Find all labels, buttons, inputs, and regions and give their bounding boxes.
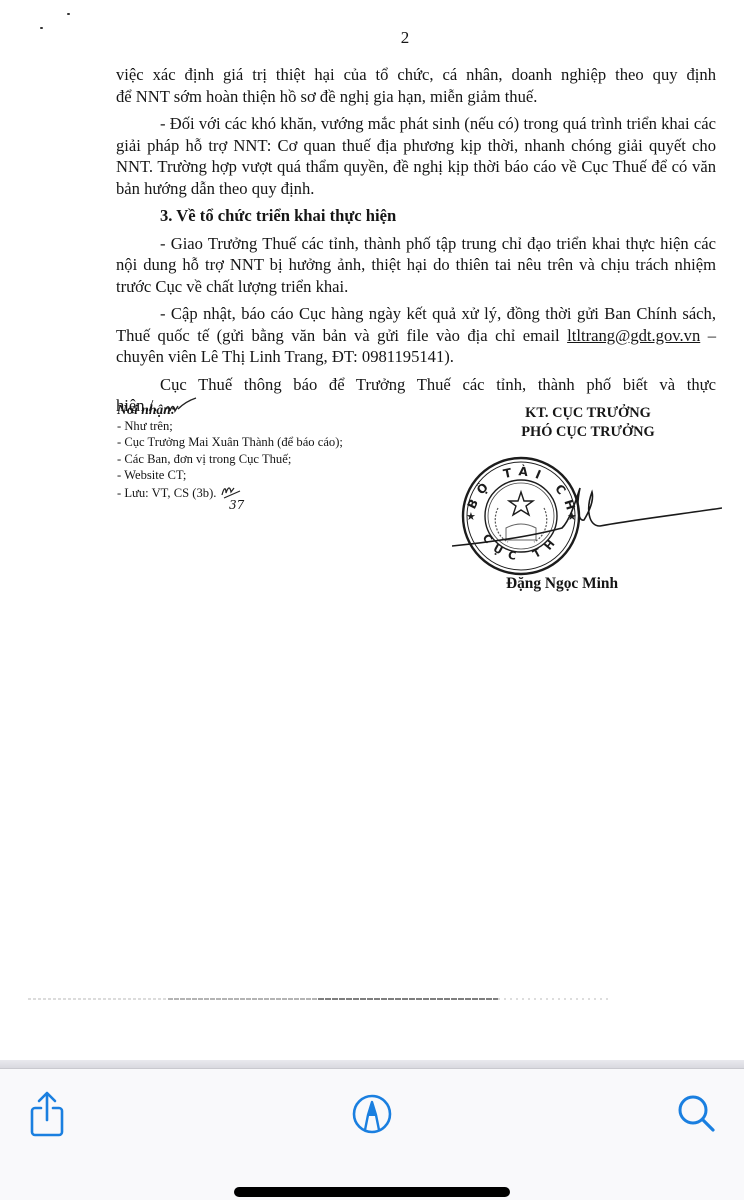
toolbar-divider [0, 1060, 744, 1069]
recipient-item: - Cục Trưởng Mai Xuân Thành (để báo cáo)… [117, 434, 343, 450]
recipient-item: - Như trên; [117, 418, 343, 434]
pdf-page: 2 việc xác định giá trị thiệt hại của tổ… [0, 0, 744, 1068]
home-indicator[interactable] [234, 1187, 510, 1197]
svg-text:★: ★ [466, 511, 476, 523]
bottom-toolbar [0, 1069, 744, 1200]
document-body: việc xác định giá trị thiệt hại của tổ c… [116, 64, 716, 417]
markup-button[interactable] [347, 1089, 397, 1139]
signature-title-2: PHÓ CỤC TRƯỞNG [440, 423, 720, 442]
paragraph-closing: Cục Thuế thông báo để Trưởng Thuế các tỉ… [116, 374, 716, 396]
email-link[interactable]: ltltrang@gdt.gov.vn [567, 326, 700, 345]
recipients-list: - Như trên; - Cục Trưởng Mai Xuân Thành … [117, 418, 343, 501]
recipient-item: - Website CT; [117, 467, 343, 483]
recipients-block: Nơi nhận: - Như trên; - Cục Trưởng Mai X… [117, 402, 343, 501]
recipient-archive-text: - Lưu: VT, CS (3b). [117, 486, 216, 500]
paragraph-line: việc xác định giá trị thiệt hại của tổ c… [116, 64, 716, 86]
scan-artifact-line [28, 996, 608, 1002]
page-number: 2 [0, 28, 744, 48]
search-button[interactable] [672, 1089, 722, 1139]
recipient-item: - Các Ban, đơn vị trong Cục Thuế; [117, 451, 343, 467]
section-heading: 3. Về tổ chức triển khai thực hiện [116, 205, 716, 227]
scan-speck [67, 13, 70, 15]
paragraph-line: để NNT sớm hoàn thiện hồ sơ đề nghị gia … [116, 86, 716, 108]
paragraph-reporting: - Cập nhật, báo cáo Cục hàng ngày kết qu… [116, 303, 716, 368]
signature-title-1: KT. CỤC TRƯỞNG [440, 404, 720, 423]
official-seal-icon: BỘ TÀI CHÍNH CỤC THUẾ ★ ★ [452, 450, 722, 580]
paragraph-assignment: - Giao Trưởng Thuế các tỉnh, thành phố t… [116, 233, 716, 298]
share-button[interactable] [22, 1089, 72, 1139]
share-icon [27, 1090, 67, 1138]
handwritten-number: 37 [229, 497, 244, 513]
markup-pen-icon [351, 1093, 393, 1135]
signature-block: KT. CỤC TRƯỞNG PHÓ CỤC TRƯỞNG BỘ TÀI CHÍ… [440, 404, 720, 442]
signer-name: Đặng Ngọc Minh [506, 575, 618, 593]
paragraph-difficulties: - Đối với các khó khăn, vướng mắc phát s… [116, 113, 716, 199]
search-icon [675, 1092, 719, 1136]
recipients-title: Nơi nhận: [117, 402, 343, 418]
